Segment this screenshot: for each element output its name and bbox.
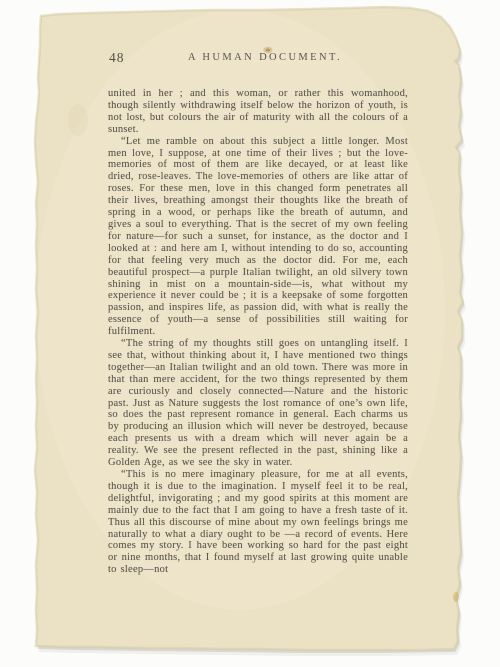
page-number: 48 xyxy=(109,50,125,66)
paragraph: “The string of my thoughts still goes on… xyxy=(108,338,408,469)
stain-right-edge xyxy=(453,592,459,602)
page-content: 48 A HUMAN DOCUMENT. united in her ; and… xyxy=(108,52,408,576)
stain-faint-left xyxy=(68,104,88,136)
paragraph: “Let me ramble on about this subject a l… xyxy=(108,136,408,338)
paragraph: “This is no mere imaginary pleasure, for… xyxy=(108,469,408,576)
running-header-title: A HUMAN DOCUMENT. xyxy=(108,52,408,63)
page-body-text: united in her ; and this woman, or rathe… xyxy=(108,88,408,576)
page-header: 48 A HUMAN DOCUMENT. xyxy=(108,52,408,67)
scanned-book-page-photo: 48 A HUMAN DOCUMENT. united in her ; and… xyxy=(0,0,500,667)
paragraph-continuation: united in her ; and this woman, or rathe… xyxy=(108,88,408,136)
